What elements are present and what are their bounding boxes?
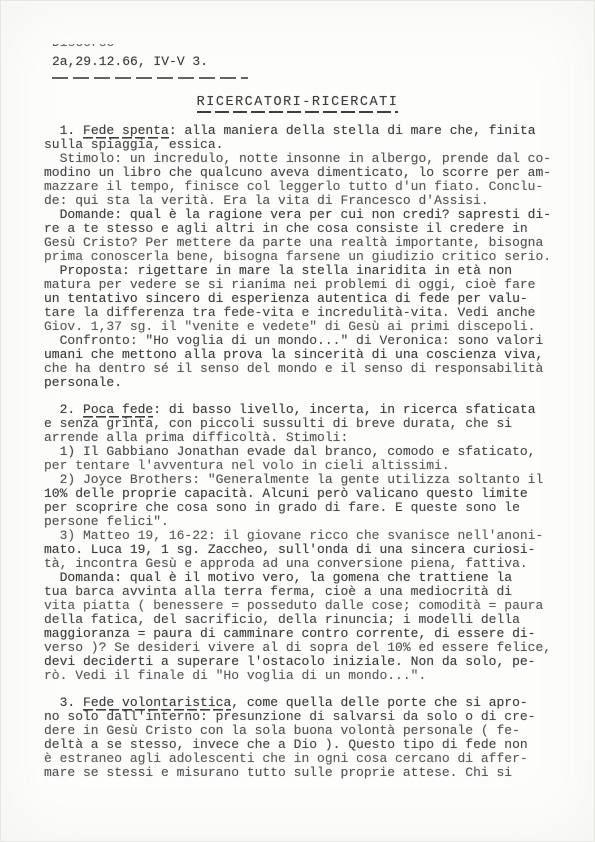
text-segment: rò. Vedi il finale di "Ho voglia di un m…: [44, 668, 426, 683]
text-line: vita piatta ( benessere = posseduto dall…: [44, 599, 560, 613]
text-segment: 2) Joyce Brothers: "Generalmente la gent…: [44, 472, 543, 487]
text-line: matura per vedere se si rianima nei prob…: [44, 278, 560, 292]
text-segment: è estraneo agli adolescenti che in ogni …: [44, 751, 528, 766]
text-line: prima conoscerla bene, bisogna farsene u…: [44, 250, 560, 264]
text-segment: Gesù Cristo? Per mettere da parte una re…: [44, 235, 543, 250]
text-segment: Stimolo: un incredulo, notte insonne in …: [44, 151, 551, 166]
text-line: che ha dentro sé il senso del mondo e il…: [44, 362, 560, 376]
text-segment: arrende alla prima difficoltà. Stimoli:: [44, 430, 348, 445]
text-segment: un tentativo sincero di esperienza auten…: [44, 291, 528, 306]
text-segment: tua barca avvinta alla terra ferma, cioè…: [44, 584, 512, 599]
text-segment: dere in Gesù Cristo con la sola buona vo…: [44, 723, 520, 738]
text-segment: : di basso livello, incerta, in ricerca …: [153, 402, 535, 417]
text-line: mato. Luca 19, 1 sg. Zaccheo, sull'onda …: [44, 543, 560, 557]
text-segment: : alla maniera della stella di mare che,…: [169, 123, 536, 138]
text-line: è estraneo agli adolescenti che in ogni …: [44, 752, 560, 766]
text-segment: no solo dall'interno: presunzione di sal…: [44, 709, 535, 724]
text-line: 10% delle proprie capacità. Alcuni però …: [44, 487, 560, 501]
text-line: 2. Poca fede: di basso livello, incerta,…: [44, 403, 560, 417]
text-line: no solo dall'interno: presunzione di sal…: [44, 710, 560, 724]
text-line: Domande: qual è la ragione vera per cui …: [44, 208, 560, 222]
text-segment: modino un libro che qualcuno aveva dimen…: [44, 165, 551, 180]
doc-title: RICERCATORI-RICERCATI: [197, 95, 399, 113]
text-line: umani che mettono alla prova la sincerit…: [44, 348, 560, 362]
text-line: mare se stessi e misurano tutto sulle pr…: [44, 766, 560, 780]
text-segment: mato. Luca 19, 1 sg. Zaccheo, sull'onda …: [44, 542, 535, 557]
text-segment: , come quella delle porte che si apro-: [231, 695, 527, 710]
text-segment: personale.: [44, 375, 122, 390]
text-segment: Domanda: qual è il motivo vero, la gomen…: [44, 570, 512, 585]
text-segment: verso )? Se desideri vivere al di sopra …: [44, 640, 551, 655]
text-line: de: qui sta la verità. Era la vita di Fr…: [44, 194, 560, 208]
text-segment: 1) Il Gabbiano Jonathan evade dal branco…: [44, 444, 535, 459]
text-line: 1. Fede spenta: alla maniera della stell…: [44, 124, 560, 138]
text-line: tua barca avvinta alla terra ferma, cioè…: [44, 585, 560, 599]
scanned-page: Discorso 2a,29.12.66, IV-V 3. RICERCATOR…: [0, 0, 595, 842]
typed-header-date-line: 2a,29.12.66, IV-V 3.: [52, 55, 248, 69]
text-line: devi deciderti a superare l'ostacolo ini…: [44, 655, 560, 669]
typed-header: Discorso 2a,29.12.66, IV-V 3.: [52, 44, 248, 79]
text-line: per tentare l'avventura nel volo in ciel…: [44, 459, 560, 473]
text-segment: 3) Matteo 19, 16-22: il giovane ricco ch…: [44, 528, 543, 543]
partial-line-text: Discorso: [52, 44, 248, 50]
text-segment: 10% delle proprie capacità. Alcuni però …: [44, 486, 528, 501]
text-line: un tentativo sincero di esperienza auten…: [44, 292, 560, 306]
text-segment: umani che mettono alla prova la sincerit…: [44, 347, 543, 362]
text-line: verso )? Se desideri vivere al di sopra …: [44, 641, 560, 655]
text-segment: sulla spiaggia, essica.: [44, 137, 223, 152]
text-line: deltà a se stesso, invece che a Dio ). Q…: [44, 738, 560, 752]
text-line: tà, incontra Gesù e approda ad una conve…: [44, 557, 560, 571]
text-segment: per scoprire che cosa sono in grado di f…: [44, 500, 520, 515]
text-line: persone felici".: [44, 515, 560, 529]
text-segment: 3.: [44, 695, 83, 710]
text-segment: mazzare il tempo, finisce col leggerlo t…: [44, 179, 543, 194]
text-line: Giov. 1,37 sg. il "venite e vedete" di G…: [44, 320, 560, 334]
text-segment: tà, incontra Gesù e approda ad una conve…: [44, 556, 528, 571]
typed-header-partial-line: Discorso: [52, 44, 248, 51]
text-segment: che ha dentro sé il senso del mondo e il…: [44, 361, 543, 376]
text-line: e senza grinta, con piccoli sussulti di …: [44, 417, 560, 431]
text-segment: mare se stessi e misurano tutto sulle pr…: [44, 765, 512, 780]
header-underline: [52, 77, 248, 79]
text-segment: 2.: [44, 402, 83, 417]
text-line: della fatica, del sacrificio, della rinu…: [44, 613, 560, 627]
doc-body: 1. Fede spenta: alla maniera della stell…: [44, 124, 560, 780]
text-line: Proposta: rigettare in mare la stella in…: [44, 264, 560, 278]
section: 1. Fede spenta: alla maniera della stell…: [44, 124, 560, 390]
text-line: Stimolo: un incredulo, notte insonne in …: [44, 152, 560, 166]
text-segment: matura per vedere se si rianima nei prob…: [44, 277, 535, 292]
section: 3. Fede volontaristica, come quella dell…: [44, 696, 560, 780]
text-line: per scoprire che cosa sono in grado di f…: [44, 501, 560, 515]
text-segment: vita piatta ( benessere = posseduto dall…: [44, 598, 543, 613]
text-segment: prima conoscerla bene, bisogna farsene u…: [44, 249, 551, 264]
text-line: Gesù Cristo? Per mettere da parte una re…: [44, 236, 560, 250]
text-line: modino un libro che qualcuno aveva dimen…: [44, 166, 560, 180]
text-segment: per tentare l'avventura nel volo in ciel…: [44, 458, 450, 473]
text-segment: Giov. 1,37 sg. il "venite e vedete" di G…: [44, 319, 535, 334]
doc-title-row: RICERCATORI-RICERCATI: [0, 92, 595, 113]
text-line: 3. Fede volontaristica, come quella dell…: [44, 696, 560, 710]
text-line: tare la differenza tra fede-vita e incre…: [44, 306, 560, 320]
text-segment: deltà a se stesso, invece che a Dio ). Q…: [44, 737, 528, 752]
section: 2. Poca fede: di basso livello, incerta,…: [44, 403, 560, 683]
text-line: dere in Gesù Cristo con la sola buona vo…: [44, 724, 560, 738]
text-segment: de: qui sta la verità. Era la vita di Fr…: [44, 193, 489, 208]
text-segment: Domande: qual è la ragione vera per cui …: [44, 207, 551, 222]
text-line: sulla spiaggia, essica.: [44, 138, 560, 152]
text-line: rò. Vedi il finale di "Ho voglia di un m…: [44, 669, 560, 683]
text-line: personale.: [44, 376, 560, 390]
text-line: 3) Matteo 19, 16-22: il giovane ricco ch…: [44, 529, 560, 543]
text-line: Domanda: qual è il motivo vero, la gomen…: [44, 571, 560, 585]
text-segment: della fatica, del sacrificio, della rinu…: [44, 612, 520, 627]
text-segment: persone felici".: [44, 514, 169, 529]
text-segment: 1.: [44, 123, 83, 138]
text-line: mazzare il tempo, finisce col leggerlo t…: [44, 180, 560, 194]
text-segment: Confronto: "Ho voglia di un mondo..." di…: [44, 333, 543, 348]
text-segment: tare la differenza tra fede-vita e incre…: [44, 305, 535, 320]
text-line: 1) Il Gabbiano Jonathan evade dal branco…: [44, 445, 560, 459]
text-line: re a te stesso e agli altri in che cosa …: [44, 222, 560, 236]
text-line: Confronto: "Ho voglia di un mondo..." di…: [44, 334, 560, 348]
text-line: maggioranza = paura di camminare contro …: [44, 627, 560, 641]
text-segment: maggioranza = paura di camminare contro …: [44, 626, 535, 641]
text-segment: Proposta: rigettare in mare la stella in…: [44, 263, 512, 278]
text-segment: e senza grinta, con piccoli sussulti di …: [44, 416, 512, 431]
text-segment: re a te stesso e agli altri in che cosa …: [44, 221, 528, 236]
text-segment: devi deciderti a superare l'ostacolo ini…: [44, 654, 535, 669]
text-line: 2) Joyce Brothers: "Generalmente la gent…: [44, 473, 560, 487]
text-line: arrende alla prima difficoltà. Stimoli:: [44, 431, 560, 445]
